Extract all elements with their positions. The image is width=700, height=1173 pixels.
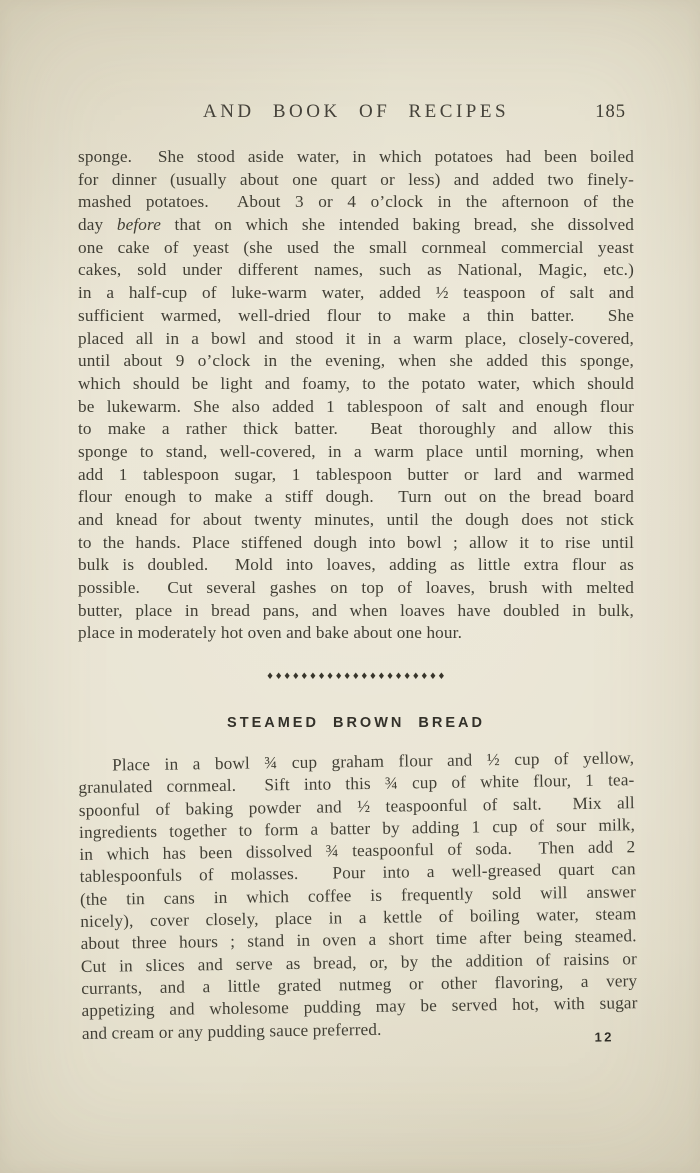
text-line: sponge to stand, well-covered, in a warm… [78, 441, 634, 464]
text-line: sponge. She stood aside water, in which … [78, 146, 634, 169]
page-number: 185 [595, 102, 626, 123]
diamond-ornament-divider: ♦♦♦♦♦♦♦♦♦♦♦♦♦♦♦♦♦♦♦♦♦ [78, 667, 634, 687]
text-line: placed all in a bowl and stood it in a w… [78, 328, 634, 351]
text-line: sufficient warmed, well-dried flour to m… [78, 305, 634, 328]
paragraph-steamed-brown-bread: Place in a bowl ¾ cup graham flour and ½… [78, 747, 638, 1045]
text-line: for dinner (usually about one quart or l… [78, 169, 634, 192]
text-line: mashed potatoes. About 3 or 4 o’clock in… [78, 191, 634, 214]
text-line: until about 9 o’clock in the evening, wh… [78, 350, 634, 373]
text-line: to the hands. Place stiffened dough into… [78, 532, 634, 555]
text-line: be lukewarm. She also added 1 tablespoon… [78, 396, 634, 419]
text-line: butter, place in bread pans, and when lo… [78, 600, 634, 623]
text-line: to make a rather thick batter. Beat thor… [78, 418, 634, 441]
running-title: AND BOOK OF RECIPES [78, 101, 634, 123]
text-line: one cake of yeast (she used the small co… [78, 237, 634, 260]
paragraph-potato-bread-sponge: sponge. She stood aside water, in which … [78, 146, 634, 645]
text-line: bulk is doubled. Mold into loaves, addin… [78, 554, 634, 577]
text-line: flour enough to make a stiff dough. Turn… [78, 486, 634, 509]
text-line: cakes, sold under different names, such … [78, 259, 634, 282]
text-line: and knead for about twenty minutes, unti… [78, 509, 634, 532]
book-page-photo: AND BOOK OF RECIPES 185 sponge. She stoo… [0, 0, 700, 1173]
text-block: AND BOOK OF RECIPES 185 sponge. She stoo… [78, 101, 634, 1048]
running-header: AND BOOK OF RECIPES 185 [78, 101, 634, 127]
recipe-heading-steamed-brown-bread: STEAMED BROWN BREAD [78, 713, 634, 733]
text-line: which should be light and foamy, to the … [78, 373, 634, 396]
text-line: day before that on which she intended ba… [78, 214, 634, 237]
text-line: add 1 tablespoon sugar, 1 tablespoon but… [78, 464, 634, 487]
text-line: in a half-cup of luke-warm water, added … [78, 282, 634, 305]
text-line: place in moderately hot oven and bake ab… [78, 622, 634, 645]
text-line: possible. Cut several gashes on top of l… [78, 577, 634, 600]
